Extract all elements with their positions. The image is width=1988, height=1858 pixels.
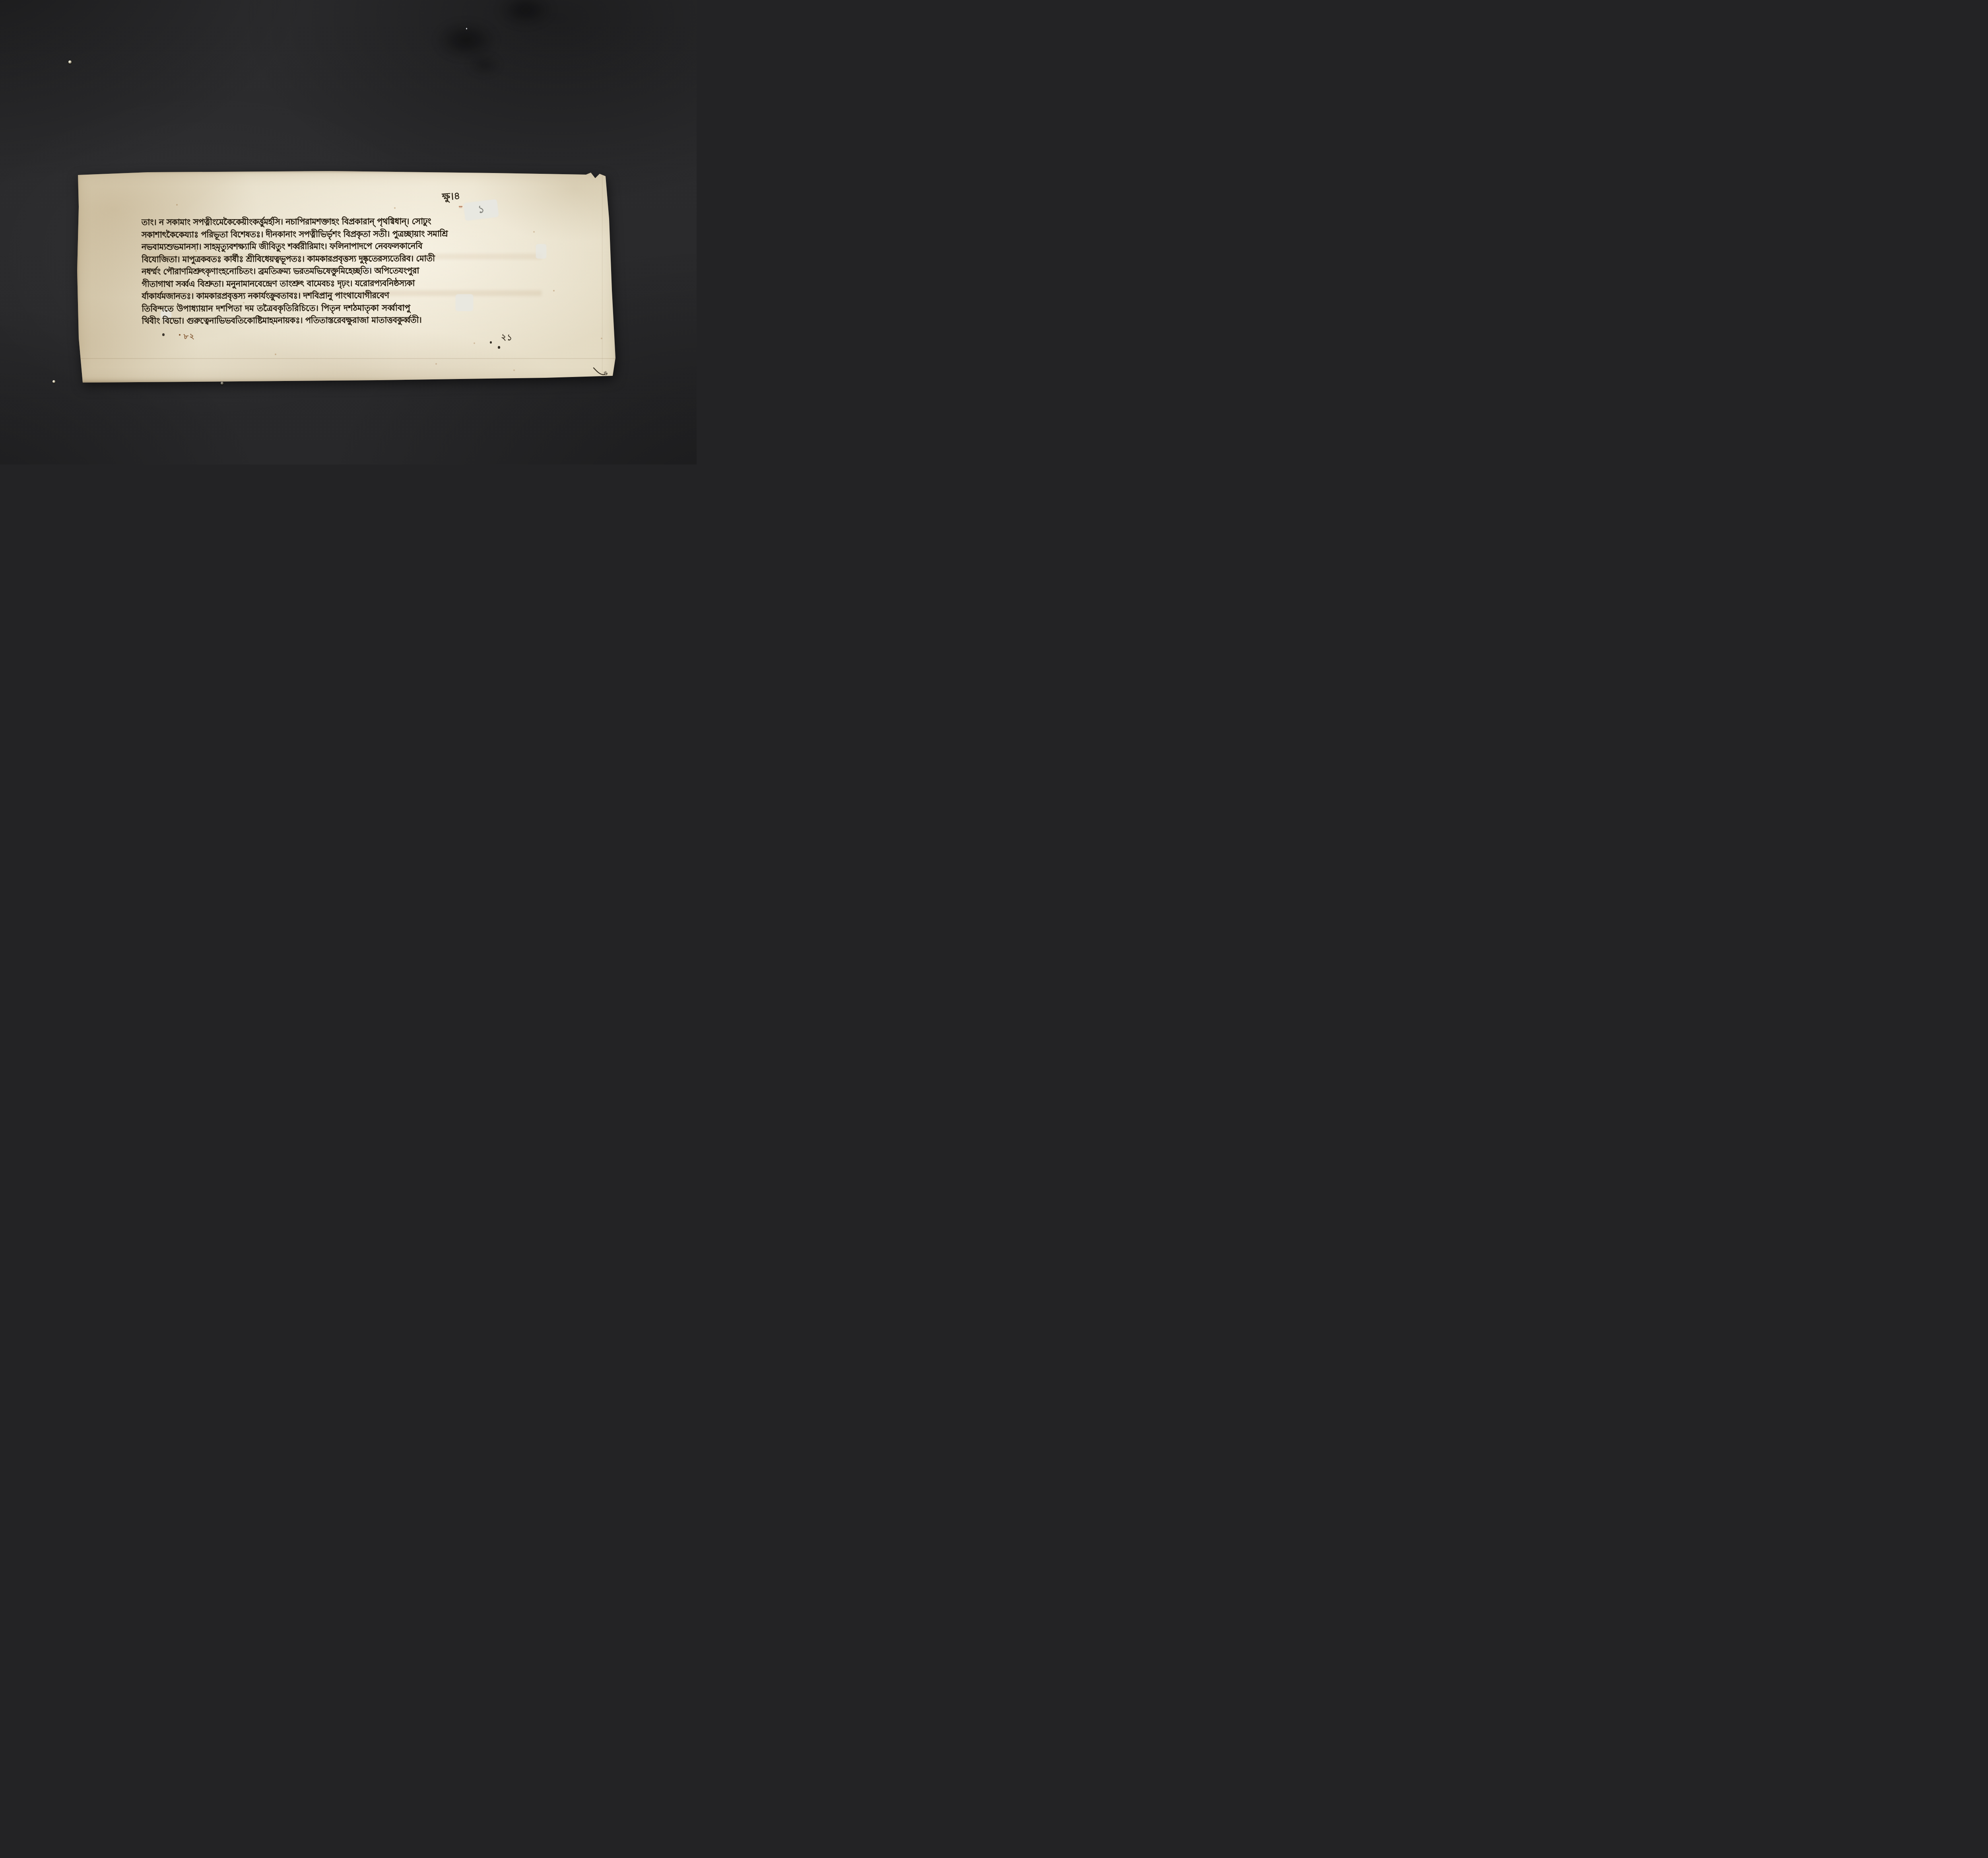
manuscript-line: থিবীং বিভো। গুরুত্বেনাভিভবতিকোষ্টিমাহমনা… [142, 313, 556, 327]
ink-dot [179, 334, 181, 336]
ink-dot [498, 346, 500, 349]
paper-crease [602, 171, 603, 383]
folio-mark-bottom-left: ৮২ [183, 330, 195, 344]
manuscript-line: র্যাকার্যমজানতঃ। কামকারপ্রবৃত্তস্য নকার্… [142, 289, 556, 303]
manuscript-line: তিবিন্দতে উপাধ্যায়ান দশপিতা দম তত্রৈবকৃ… [142, 301, 556, 315]
manuscript-line: নভবাম্যশুভমানসা। সাহমৃত্যুবশক্ষ্যামি জীব… [142, 239, 556, 253]
ink-speck [162, 333, 165, 336]
manuscript-leaf-shadow: ১ ক্ষু।৪ তাং। ন সকামাং সপত্নীংমেকৈকেয়ীং… [0, 0, 697, 464]
manuscript-line: তাং। ন সকামাং সপত্নীংমেকৈকেয়ীংকর্ত্তুমর… [142, 215, 556, 229]
folio-mark-bottom-right: ২১ [501, 330, 513, 345]
corner-mark: ৬ [592, 367, 608, 378]
manuscript-leaf: ১ ক্ষু।৪ তাং। ন সকামাং সপত্নীংমেকৈকেয়ীং… [76, 171, 617, 383]
paper-crease [76, 358, 617, 359]
photograph-scene: ১ ক্ষু।৪ তাং। ন সকামাং সপত্নীংমেকৈকেয়ীং… [0, 0, 697, 464]
manuscript-line: সকাশাৎকৈকেয্যাঃ পরিভূতা বিশেষতঃ। দীনকানা… [142, 227, 556, 241]
manuscript-text-block: তাং। ন সকামাং সপত্নীংমেকৈকেয়ীংকর্ত্তুমর… [142, 215, 556, 327]
paper-speckles [76, 171, 77, 172]
manuscript-line: বিযোজিতা। মাপুত্রকবতঃ কার্ষীঃ শ্রীবিধেয়… [142, 252, 556, 266]
manuscript-line: গীতাগাথা সর্ব্বএ বিশ্রুতা। মনুনামানবেন্দ… [142, 277, 556, 291]
manuscript-line: নধর্ম্মং পৌরাণমিশ্রুৎকৃণাংহনোচিতং। ব্রমত… [142, 264, 556, 278]
ink-dot [490, 341, 492, 344]
folio-mark-top-right: ক্ষু।৪ [442, 188, 461, 206]
red-ink-fleck [459, 206, 462, 207]
